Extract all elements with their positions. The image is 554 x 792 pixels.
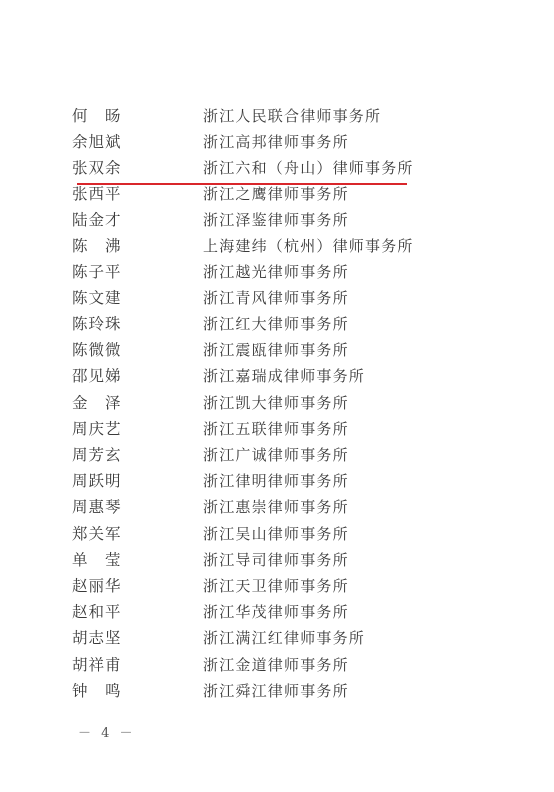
list-item: 赵和平浙江华茂律师事务所 bbox=[0, 602, 554, 628]
law-firm-name: 浙江舜江律师事务所 bbox=[203, 681, 349, 701]
lawyer-name: 钟 鸣 bbox=[72, 681, 122, 701]
law-firm-name: 浙江震瓯律师事务所 bbox=[203, 340, 349, 360]
lawyer-name: 陈子平 bbox=[72, 262, 122, 282]
lawyer-name: 陈 沸 bbox=[72, 236, 122, 256]
list-item: 金 泽浙江凯大律师事务所 bbox=[0, 393, 554, 419]
lawyer-name: 陆金才 bbox=[72, 210, 122, 230]
law-firm-name: 浙江青风律师事务所 bbox=[203, 288, 349, 308]
law-firm-name: 浙江嘉瑞成律师事务所 bbox=[203, 366, 365, 386]
law-firm-name: 浙江金道律师事务所 bbox=[203, 655, 349, 675]
lawyer-name: 何 旸 bbox=[72, 106, 122, 126]
list-item: 陈玲珠浙江红大律师事务所 bbox=[0, 314, 554, 340]
list-item: 周庆艺浙江五联律师事务所 bbox=[0, 419, 554, 445]
list-item: 单 莹浙江导司律师事务所 bbox=[0, 550, 554, 576]
list-item: 余旭斌浙江高邦律师事务所 bbox=[0, 132, 554, 158]
lawyer-name: 周跃明 bbox=[72, 471, 122, 491]
list-item: 陈微微浙江震瓯律师事务所 bbox=[0, 340, 554, 366]
lawyer-name: 胡祥甫 bbox=[72, 655, 122, 675]
list-item: 周惠琴浙江惠崇律师事务所 bbox=[0, 497, 554, 523]
list-item: 陈 沸上海建纬（杭州）律师事务所 bbox=[0, 236, 554, 262]
red-underline-annotation bbox=[77, 183, 407, 185]
lawyer-name: 周惠琴 bbox=[72, 497, 122, 517]
law-firm-name: 浙江红大律师事务所 bbox=[203, 314, 349, 334]
law-firm-name: 浙江六和（舟山）律师事务所 bbox=[203, 158, 414, 178]
law-firm-name: 浙江导司律师事务所 bbox=[203, 550, 349, 570]
law-firm-name: 浙江律明律师事务所 bbox=[203, 471, 349, 491]
lawyer-name: 陈文建 bbox=[72, 288, 122, 308]
law-firm-name: 浙江越光律师事务所 bbox=[203, 262, 349, 282]
list-item: 陈文建浙江青风律师事务所 bbox=[0, 288, 554, 314]
list-item: 张西平浙江之鹰律师事务所 bbox=[0, 184, 554, 210]
page-number: － 4 － bbox=[78, 722, 136, 741]
list-item: 郑关军浙江吴山律师事务所 bbox=[0, 524, 554, 550]
lawyer-name: 邵见娣 bbox=[72, 366, 122, 386]
law-firm-name: 浙江五联律师事务所 bbox=[203, 419, 349, 439]
lawyer-name: 周庆艺 bbox=[72, 419, 122, 439]
list-item: 胡志坚浙江满江红律师事务所 bbox=[0, 628, 554, 654]
lawyer-name: 周芳玄 bbox=[72, 445, 122, 465]
lawyer-name: 金 泽 bbox=[72, 393, 122, 413]
lawyer-name: 张双余 bbox=[72, 158, 122, 178]
law-firm-name: 浙江天卫律师事务所 bbox=[203, 576, 349, 596]
law-firm-name: 浙江满江红律师事务所 bbox=[203, 628, 365, 648]
lawyer-name: 赵丽华 bbox=[72, 576, 122, 596]
law-firm-name: 上海建纬（杭州）律师事务所 bbox=[203, 236, 414, 256]
lawyer-name: 张西平 bbox=[72, 184, 122, 204]
law-firm-name: 浙江凯大律师事务所 bbox=[203, 393, 349, 413]
list-item: 何 旸浙江人民联合律师事务所 bbox=[0, 106, 554, 132]
law-firm-name: 浙江广诚律师事务所 bbox=[203, 445, 349, 465]
law-firm-name: 浙江人民联合律师事务所 bbox=[203, 106, 381, 126]
list-item: 钟 鸣浙江舜江律师事务所 bbox=[0, 681, 554, 707]
list-item: 陆金才浙江泽鉴律师事务所 bbox=[0, 210, 554, 236]
list-item: 陈子平浙江越光律师事务所 bbox=[0, 262, 554, 288]
lawyer-name: 赵和平 bbox=[72, 602, 122, 622]
law-firm-name: 浙江吴山律师事务所 bbox=[203, 524, 349, 544]
lawyer-name: 郑关军 bbox=[72, 524, 122, 544]
law-firm-name: 浙江高邦律师事务所 bbox=[203, 132, 349, 152]
lawyer-name: 余旭斌 bbox=[72, 132, 122, 152]
law-firm-name: 浙江华茂律师事务所 bbox=[203, 602, 349, 622]
law-firm-name: 浙江惠崇律师事务所 bbox=[203, 497, 349, 517]
law-firm-name: 浙江之鹰律师事务所 bbox=[203, 184, 349, 204]
lawyer-name: 陈微微 bbox=[72, 340, 122, 360]
list-item: 周芳玄浙江广诚律师事务所 bbox=[0, 445, 554, 471]
lawyer-name: 胡志坚 bbox=[72, 628, 122, 648]
list-item: 赵丽华浙江天卫律师事务所 bbox=[0, 576, 554, 602]
list-item: 邵见娣浙江嘉瑞成律师事务所 bbox=[0, 366, 554, 392]
document-page: 何 旸浙江人民联合律师事务所余旭斌浙江高邦律师事务所张双余浙江六和（舟山）律师事… bbox=[0, 0, 554, 792]
law-firm-name: 浙江泽鉴律师事务所 bbox=[203, 210, 349, 230]
lawyer-name: 单 莹 bbox=[72, 550, 122, 570]
list-item: 胡祥甫浙江金道律师事务所 bbox=[0, 655, 554, 681]
list-item: 张双余浙江六和（舟山）律师事务所 bbox=[0, 158, 554, 184]
list-item: 周跃明浙江律明律师事务所 bbox=[0, 471, 554, 497]
lawyer-name: 陈玲珠 bbox=[72, 314, 122, 334]
